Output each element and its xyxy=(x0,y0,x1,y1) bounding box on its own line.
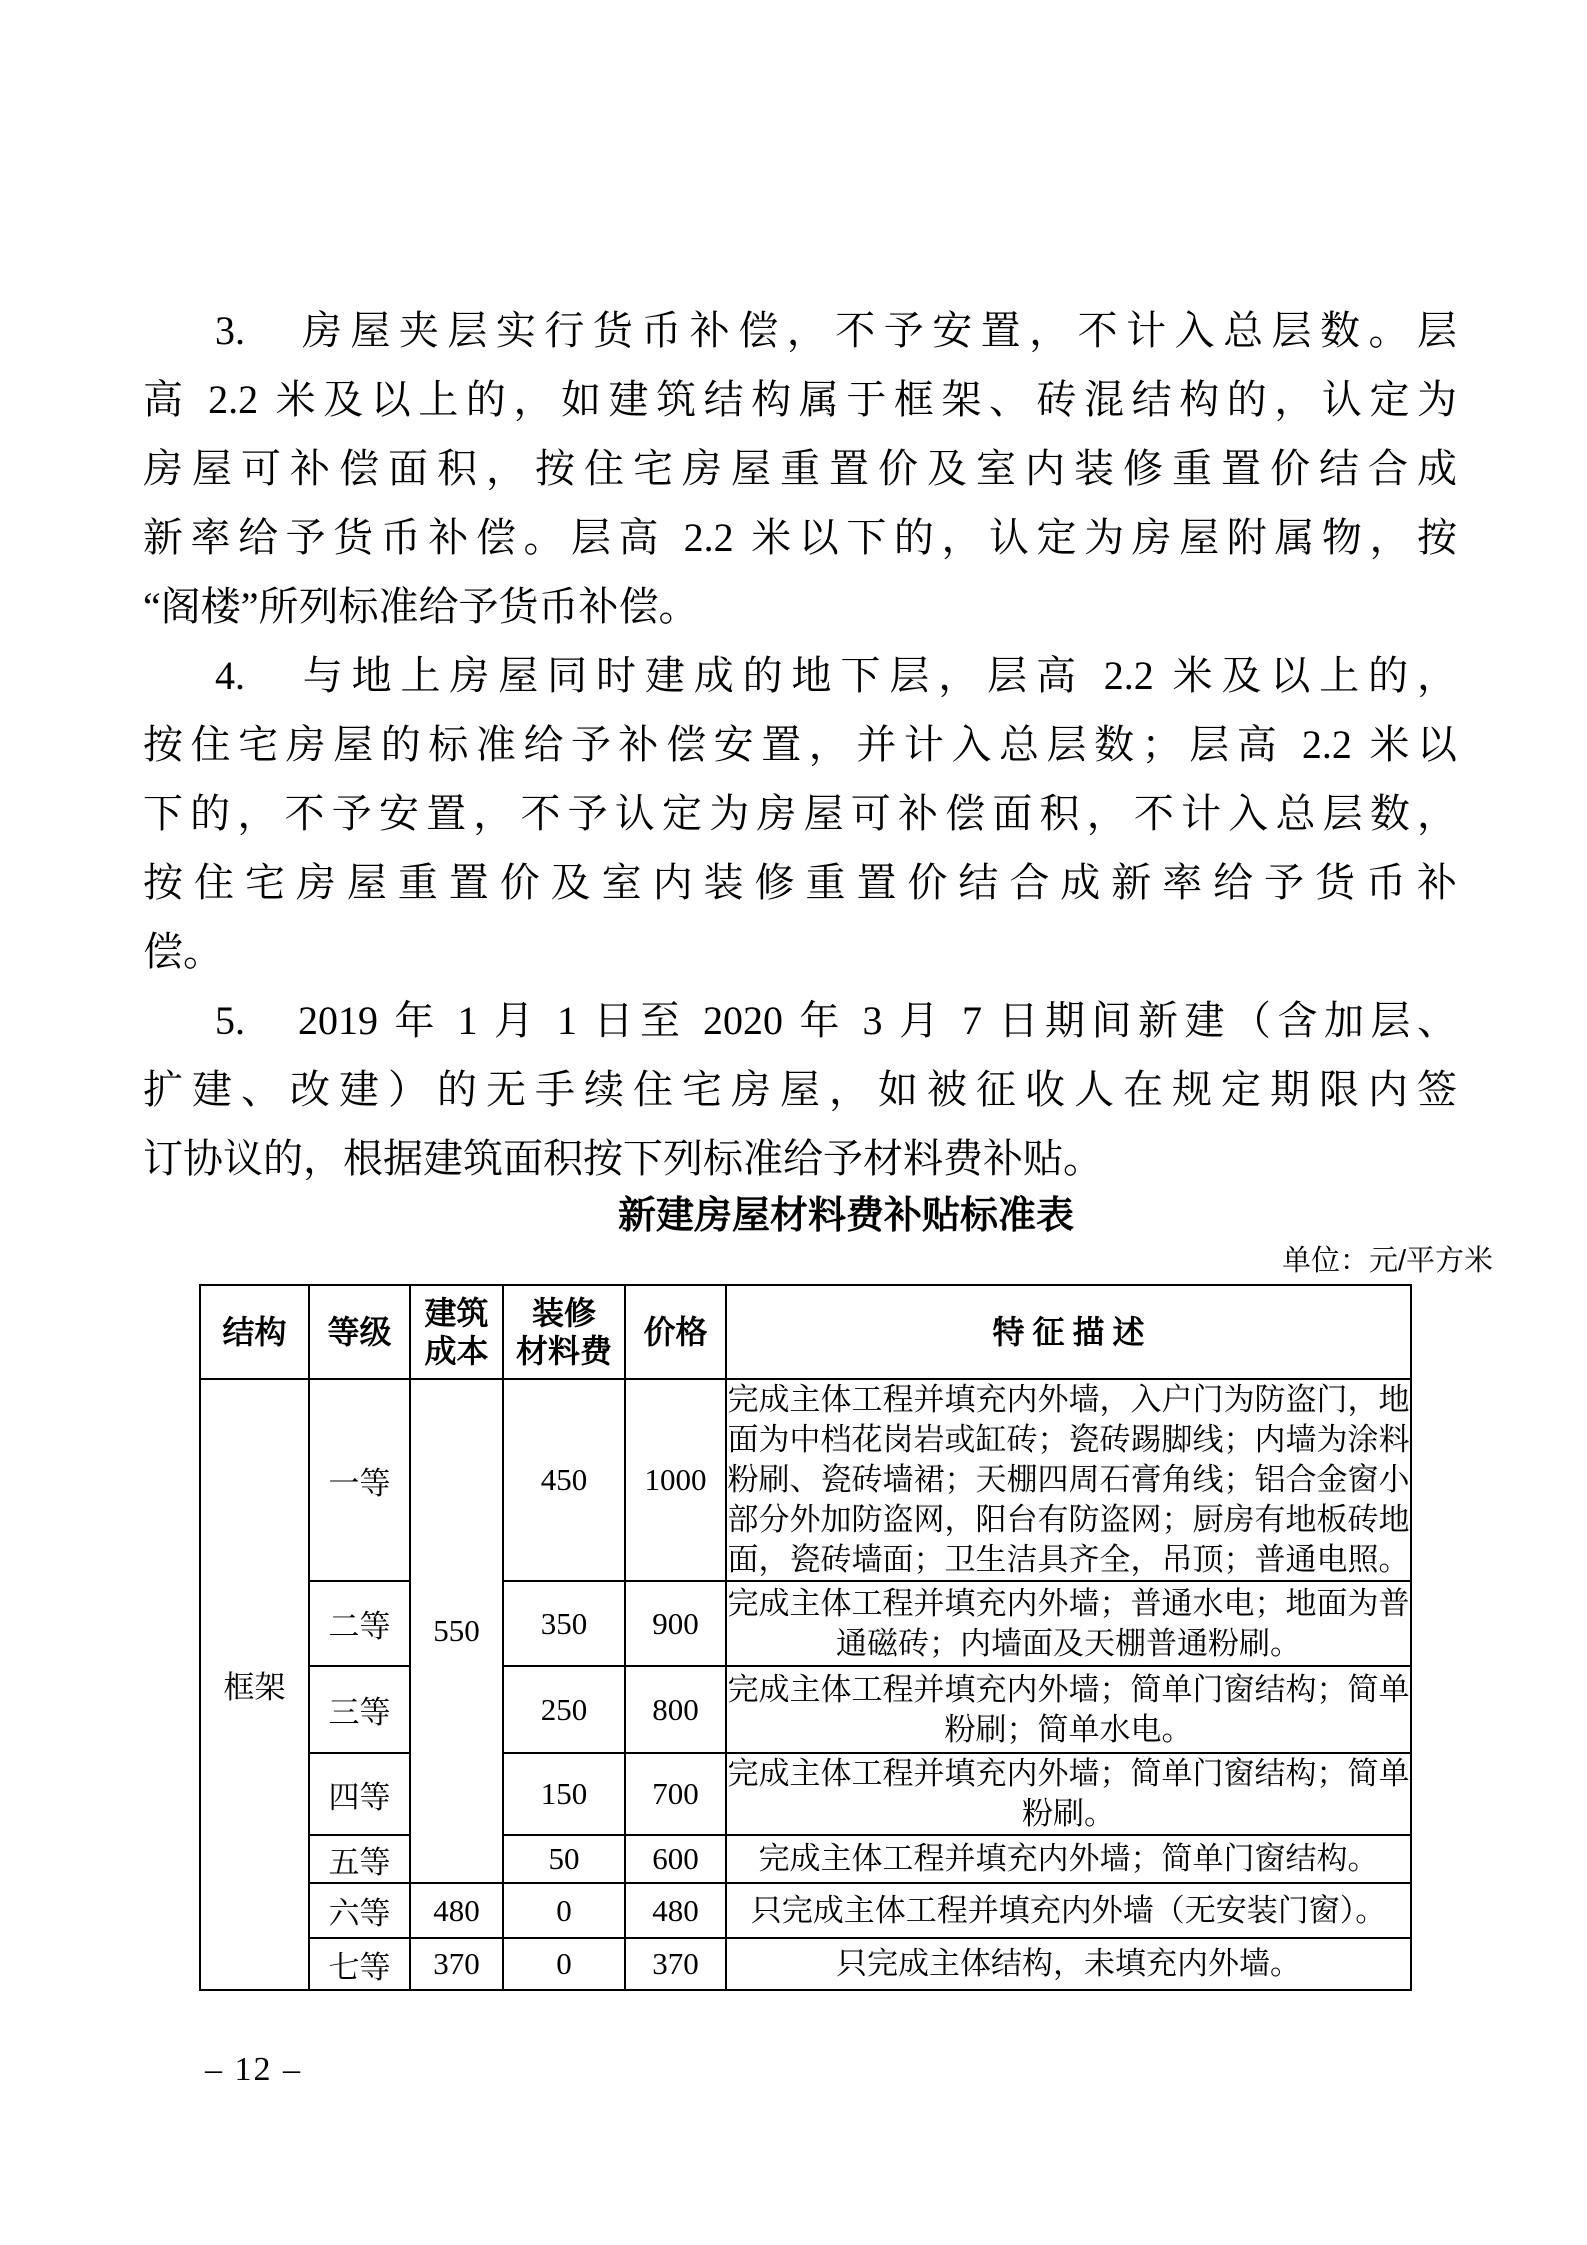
cell-price: 370 xyxy=(625,1938,726,1990)
cell-grade: 六等 xyxy=(309,1883,410,1938)
cell-description: 完成主体工程并填充内外墙；简单门窗结构。 xyxy=(726,1835,1411,1883)
col-header-description: 特 征 描 述 xyxy=(726,1285,1411,1379)
table-row: 七等 370 0 370 只完成主体结构，未填充内外墙。 xyxy=(200,1938,1411,1990)
body-text-block: 3. 房屋夹层实行货币补偿，不予安置，不计入总层数。层 高 2.2 米及以上的，… xyxy=(143,296,1457,1193)
cell-decor-fee: 0 xyxy=(503,1938,625,1990)
body-line: 按住宅房屋的标准给予补偿安置，并计入总层数；层高 2.2 米以 xyxy=(143,710,1457,779)
cell-price: 480 xyxy=(625,1883,726,1938)
body-line: “阁楼”所列标准给予货币补偿。 xyxy=(143,572,1457,641)
cell-price: 800 xyxy=(625,1666,726,1753)
body-line: 3. 房屋夹层实行货币补偿，不予安置，不计入总层数。层 xyxy=(143,296,1457,365)
cell-price: 900 xyxy=(625,1581,726,1666)
cell-grade: 七等 xyxy=(309,1938,410,1990)
cell-description: 只完成主体工程并填充内外墙（无安装门窗）。 xyxy=(726,1883,1411,1938)
document-page: 3. 房屋夹层实行货币补偿，不予安置，不计入总层数。层 高 2.2 米及以上的，… xyxy=(0,0,1587,2245)
cell-decor-fee: 0 xyxy=(503,1883,625,1938)
cell-price: 700 xyxy=(625,1753,726,1835)
cell-description: 完成主体工程并填充内外墙；简单门窗结构；简单粉刷；简单水电。 xyxy=(726,1666,1411,1753)
cell-decor-fee: 50 xyxy=(503,1835,625,1883)
col-header-grade: 等级 xyxy=(309,1285,410,1379)
cell-grade: 一等 xyxy=(309,1379,410,1581)
body-line: 偿。 xyxy=(143,917,1457,986)
table-header-row: 结构 等级 建筑 成本 装修 材料费 价格 特 征 描 述 xyxy=(200,1285,1411,1379)
subsidy-standard-table: 结构 等级 建筑 成本 装修 材料费 价格 特 征 描 述 框架 一等 550 … xyxy=(199,1284,1412,1991)
col-header-price: 价格 xyxy=(625,1285,726,1379)
cell-build-cost: 480 xyxy=(410,1883,503,1938)
body-line: 下的，不予安置，不予认定为房屋可补偿面积，不计入总层数， xyxy=(143,779,1457,848)
cell-build-cost: 370 xyxy=(410,1938,503,1990)
cell-decor-fee: 250 xyxy=(503,1666,625,1753)
cell-build-cost-shared: 550 xyxy=(410,1379,503,1883)
body-line: 房屋可补偿面积，按住宅房屋重置价及室内装修重置价结合成 xyxy=(143,434,1457,503)
body-line: 按住宅房屋重置价及室内装修重置价结合成新率给予货币补 xyxy=(143,848,1457,917)
cell-description: 完成主体工程并填充内外墙；普通水电；地面为普通磁砖；内墙面及天棚普通粉刷。 xyxy=(726,1581,1411,1666)
col-header-structure: 结构 xyxy=(200,1285,309,1379)
cell-grade: 二等 xyxy=(309,1581,410,1666)
table-row: 五等 50 600 完成主体工程并填充内外墙；简单门窗结构。 xyxy=(200,1835,1411,1883)
unit-label: 单位：元/平方米 xyxy=(199,1244,1493,1278)
cell-description: 只完成主体结构，未填充内外墙。 xyxy=(726,1938,1411,1990)
cell-decor-fee: 450 xyxy=(503,1379,625,1581)
table-row: 三等 250 800 完成主体工程并填充内外墙；简单门窗结构；简单粉刷；简单水电… xyxy=(200,1666,1411,1753)
cell-grade: 五等 xyxy=(309,1835,410,1883)
col-header-decor-fee: 装修 材料费 xyxy=(503,1285,625,1379)
cell-grade: 四等 xyxy=(309,1753,410,1835)
body-line: 5. 2019 年 1 月 1 日至 2020 年 3 月 7 日期间新建（含加… xyxy=(143,986,1457,1055)
body-line: 扩建、改建）的无手续住宅房屋，如被征收人在规定期限内签 xyxy=(143,1055,1457,1124)
body-line: 4. 与地上房屋同时建成的地下层，层高 2.2 米及以上的， xyxy=(143,641,1457,710)
body-line: 新率给予货币补偿。层高 2.2 米以下的，认定为房屋附属物，按 xyxy=(143,503,1457,572)
table-row: 六等 480 0 480 只完成主体工程并填充内外墙（无安装门窗）。 xyxy=(200,1883,1411,1938)
cell-decor-fee: 350 xyxy=(503,1581,625,1666)
table-row: 二等 350 900 完成主体工程并填充内外墙；普通水电；地面为普通磁砖；内墙面… xyxy=(200,1581,1411,1666)
cell-grade: 三等 xyxy=(309,1666,410,1753)
table-row: 框架 一等 550 450 1000 完成主体工程并填充内外墙，入户门为防盗门，… xyxy=(200,1379,1411,1581)
body-line: 高 2.2 米及以上的，如建筑结构属于框架、砖混结构的，认定为 xyxy=(143,365,1457,434)
cell-description: 完成主体工程并填充内外墙；简单门窗结构；简单粉刷。 xyxy=(726,1753,1411,1835)
cell-price: 1000 xyxy=(625,1379,726,1581)
body-line: 订协议的，根据建筑面积按下列标准给予材料费补贴。 xyxy=(143,1124,1457,1193)
page-number: – 12 – xyxy=(205,2050,302,2090)
cell-price: 600 xyxy=(625,1835,726,1883)
col-header-build-cost: 建筑 成本 xyxy=(410,1285,503,1379)
cell-description: 完成主体工程并填充内外墙，入户门为防盗门，地面为中档花岗岩或缸砖；瓷砖踢脚线；内… xyxy=(726,1379,1411,1581)
cell-structure: 框架 xyxy=(200,1379,309,1990)
table-title: 新建房屋材料费补贴标准表 xyxy=(199,1192,1493,1240)
cell-decor-fee: 150 xyxy=(503,1753,625,1835)
table-row: 四等 150 700 完成主体工程并填充内外墙；简单门窗结构；简单粉刷。 xyxy=(200,1753,1411,1835)
